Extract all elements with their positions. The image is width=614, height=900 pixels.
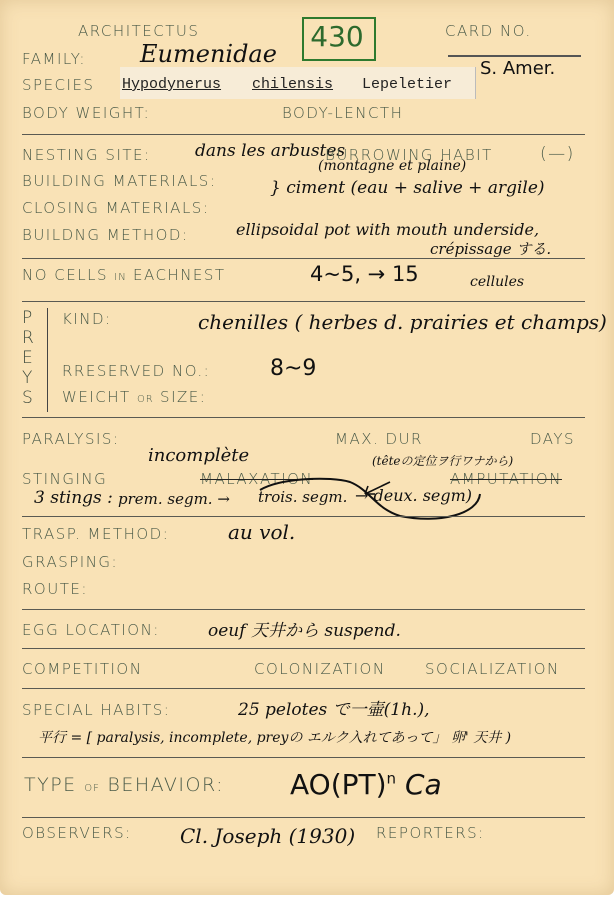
body-length-label: BODY-LENCTH: [282, 104, 403, 122]
special-habits-line-2: 平行 = [ paralysis, incomplete, preyの エルク入…: [38, 727, 511, 747]
special-habits-line-1: 25 pelotes で一壷(1h.),: [238, 695, 430, 720]
sting-sequence-1: prem. segm. →: [118, 490, 230, 508]
preys-letter: R: [22, 328, 34, 348]
building-method-value-2: crépissage する.: [430, 238, 551, 259]
reserved-no-label: RRESERVED NO.:: [62, 362, 210, 380]
behavior-type-label: TYPE OF BEHAVIOR:: [24, 774, 224, 796]
divider: [22, 688, 585, 689]
building-materials-label: BUILDING MATERIALS:: [22, 172, 216, 190]
transport-method-value: au vol.: [228, 520, 295, 544]
card-no-label: CARD NO.: [445, 22, 532, 40]
annotation-loop: [250, 468, 500, 528]
cells-label: NO CELLS IN EACHNEST: [22, 266, 226, 284]
species-label: SPECIES: [22, 76, 94, 94]
building-method-value: ellipsoidal pot with mouth underside,: [236, 220, 539, 239]
head-note: (têteの定位ヲ行ワナから): [372, 452, 513, 469]
body-weight-label: BODY WEIGHT:: [22, 104, 150, 122]
paralysis-value: incomplète: [148, 445, 249, 466]
family-value: Eumenidae: [140, 40, 277, 68]
preys-letter: Y: [22, 368, 32, 388]
nesting-site-label: NESTING SITE:: [22, 146, 151, 164]
preys-separator: [47, 308, 48, 412]
grasping-label: GRASPING:: [22, 553, 118, 571]
cells-value: 4~5, → 15: [310, 262, 419, 286]
paralysis-label: PARALYSIS:: [22, 430, 119, 448]
prey-kind-value: chenilles ( herbes d. prairies et champs…: [198, 310, 607, 334]
route-label: ROUTE:: [22, 580, 88, 598]
species-epithet: chilensis: [252, 76, 333, 93]
nesting-site-note: (montagne et plaine): [318, 158, 466, 174]
egg-location-value: oeuf 天井から suspend.: [208, 616, 401, 641]
transport-method-label: TRASP. METHOD:: [22, 525, 169, 543]
species-genus: Hypodynerus: [122, 76, 221, 93]
stinging-label: STINGING: [22, 470, 107, 488]
divider: [22, 817, 585, 818]
divider: [22, 301, 585, 302]
cells-unit: cellules: [470, 274, 524, 290]
socialization-label: SOCIALIZATION: [425, 660, 560, 678]
divider: [22, 516, 585, 517]
divider: [22, 609, 585, 610]
divider: [22, 757, 585, 758]
divider: [22, 648, 585, 649]
egg-location-label: EGG LOCATION:: [22, 621, 160, 639]
reporters-label: REPORTERS:: [376, 824, 485, 842]
card-number: 430: [302, 17, 372, 57]
family-label: FAMILY:: [22, 50, 86, 68]
behavior-type-value: AO(PT)n Ca: [290, 768, 442, 801]
divider: [22, 134, 585, 135]
divider: [22, 417, 585, 418]
materials-value: } ciment (eau + salive + argile): [270, 178, 545, 198]
burrowing-habit-value: (—): [540, 144, 575, 164]
card-title: ARCHITECTUS: [78, 22, 199, 40]
specimen-card: ARCHITECTUS 430 CARD NO. FAMILY: Eumenid…: [0, 0, 614, 895]
species-author: Lepeletier: [362, 76, 452, 93]
colonization-label: COLONIZATION: [254, 660, 386, 678]
preys-letter: P: [22, 308, 32, 328]
divider: [22, 258, 585, 259]
preys-letter: E: [22, 348, 33, 368]
card-no-underline: [448, 55, 581, 57]
competition-label: COMPETITION: [22, 660, 142, 678]
preys-letter: S: [22, 388, 33, 408]
observers-label: OBSERVERS:: [22, 824, 132, 842]
stings-count: 3 stings :: [34, 488, 113, 508]
special-habits-label: SPECIAL HABITS:: [22, 701, 170, 719]
days-label: DAYS: [530, 430, 575, 448]
observers-value: Cl. Joseph (1930): [180, 824, 355, 848]
building-method-label: BUILDNG METHOD:: [22, 226, 189, 244]
prey-weight-label: WEICHT OR SIZE:: [62, 388, 206, 406]
closing-materials-label: CLOSING MATERIALS:: [22, 199, 209, 217]
reserved-no-value: 8~9: [270, 356, 316, 381]
max-dur-label: MAX. DUR: [335, 430, 423, 448]
region-value: S. Amer.: [480, 58, 555, 79]
prey-kind-label: KIND:: [62, 310, 112, 328]
